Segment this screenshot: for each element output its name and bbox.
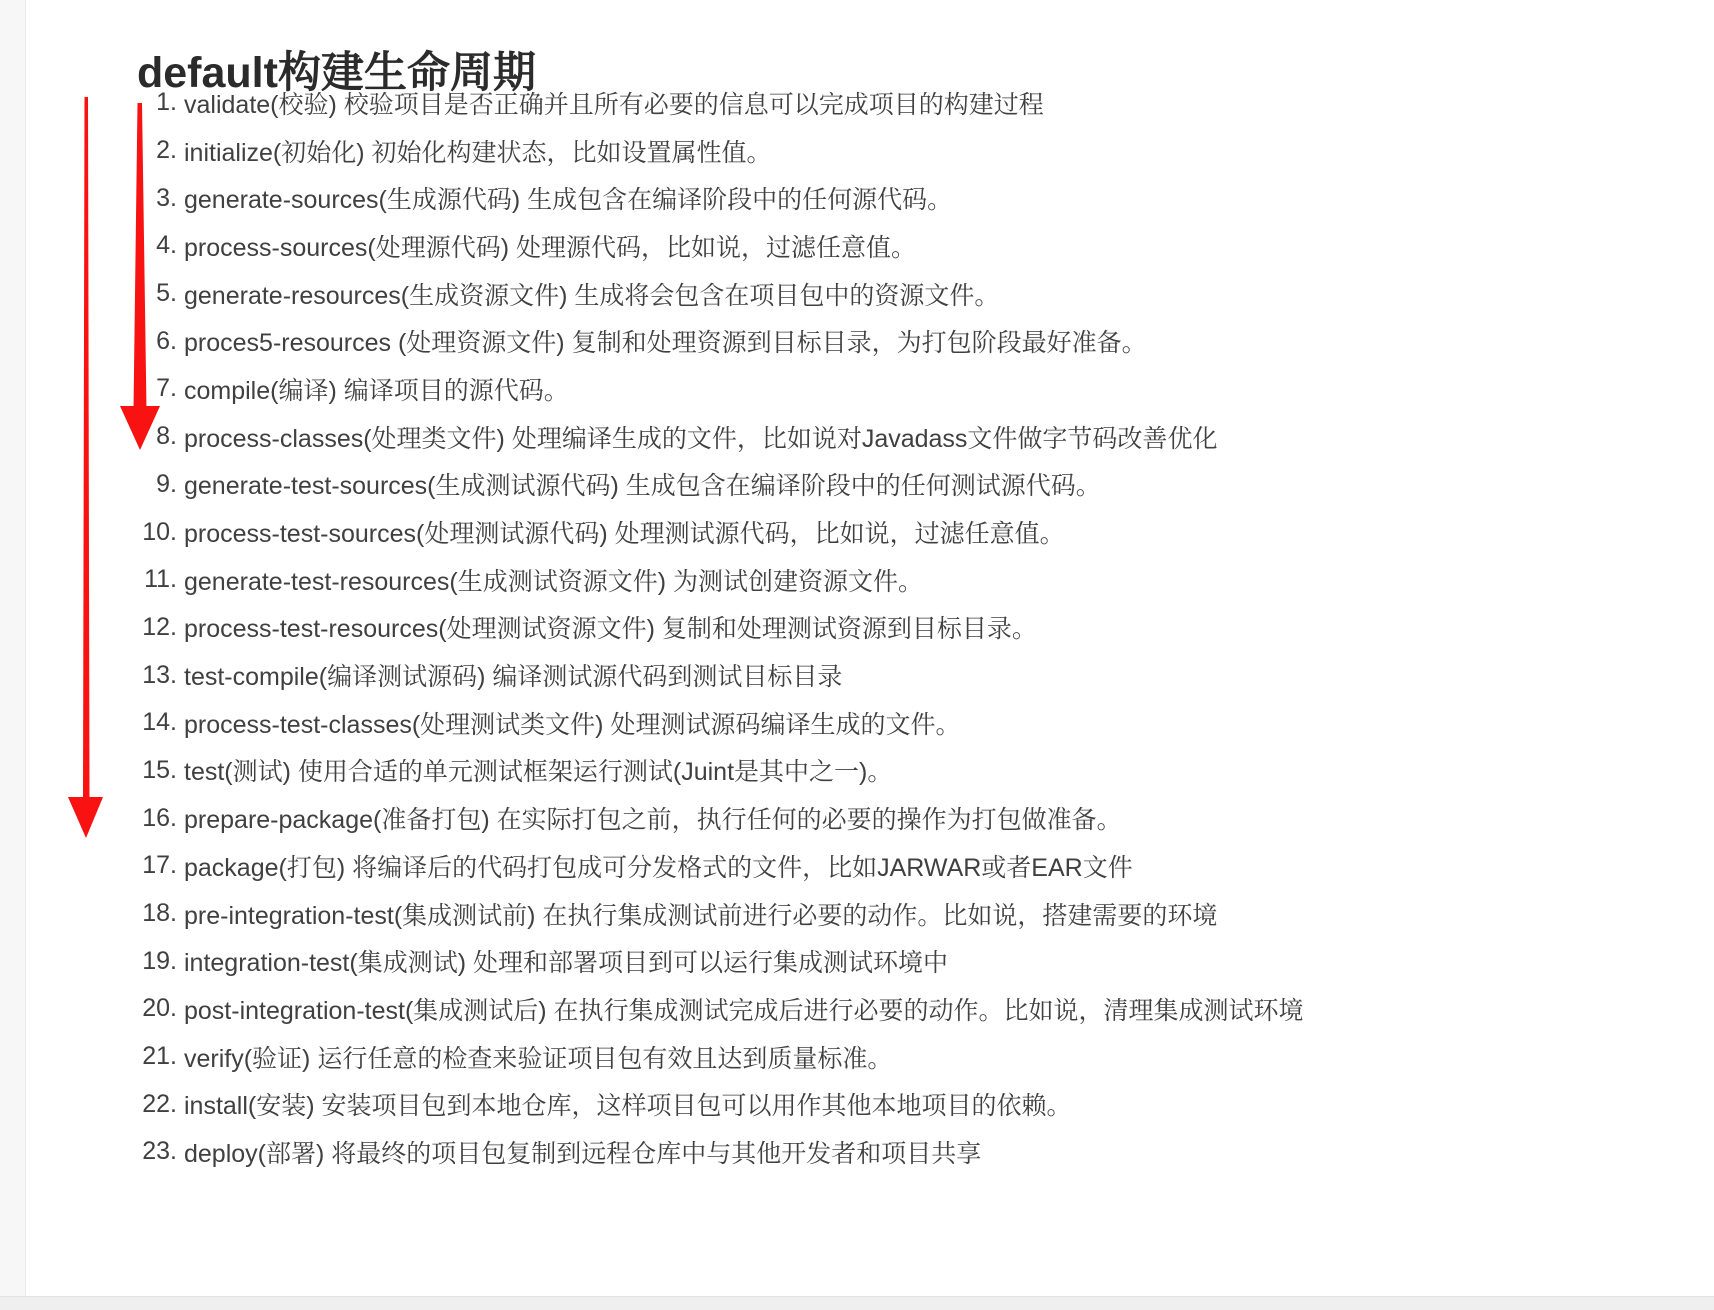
- list-item-text: process-test-resources(处理测试资源文件) 复制和处理测试…: [184, 609, 1037, 645]
- list-item-text: deploy(部署) 将最终的项目包复制到远程仓库中与其他开发者和项目共享: [184, 1134, 981, 1170]
- list-item: 7.compile(编译) 编译项目的源代码。: [26, 365, 1706, 413]
- list-item: 16.prepare-package(准备打包) 在实际打包之前，执行任何的必要…: [26, 794, 1706, 842]
- list-item-number: 18.: [26, 899, 177, 928]
- list-item-number: 3.: [26, 184, 177, 213]
- list-item-number: 5.: [26, 279, 177, 308]
- list-item-text: prepare-package(准备打包) 在实际打包之前，执行任何的必要的操作…: [184, 800, 1122, 836]
- list-item-number: 22.: [26, 1090, 177, 1119]
- document-page: default构建生命周期 1.validate(校验) 校验项目是否正确并且所…: [0, 0, 1714, 1310]
- list-item: 11.generate-test-resources(生成测试资源文件) 为测试…: [26, 556, 1706, 604]
- list-item-text: package(打包) 将编译后的代码打包成可分发格式的文件，比如JARWAR或…: [184, 848, 1133, 884]
- list-item: 12.process-test-resources(处理测试资源文件) 复制和处…: [26, 604, 1706, 652]
- list-item-text: process-test-classes(处理测试类文件) 处理测试源码编译生成…: [184, 705, 960, 741]
- list-item-number: 17.: [26, 851, 177, 880]
- list-item-text: verify(验证) 运行任意的检查来验证项目包有效且达到质量标准。: [184, 1039, 892, 1075]
- list-item-number: 4.: [26, 231, 177, 260]
- list-item: 4.process-sources(处理源代码) 处理源代码，比如说，过滤任意值…: [26, 222, 1706, 270]
- list-item-text: install(安装) 安装项目包到本地仓库，这样项目包可以用作其他本地项目的依…: [184, 1086, 1072, 1122]
- list-item-number: 2.: [26, 136, 177, 165]
- list-item-text: test-compile(编译测试源码) 编译测试源代码到测试目标目录: [184, 657, 842, 693]
- list-item-number: 14.: [26, 708, 177, 737]
- list-item-text: process-sources(处理源代码) 处理源代码，比如说，过滤任意值。: [184, 228, 916, 264]
- list-item-number: 13.: [26, 661, 177, 690]
- list-item-number: 20.: [26, 994, 177, 1023]
- list-item: 22.install(安装) 安装项目包到本地仓库，这样项目包可以用作其他本地项…: [26, 1080, 1706, 1128]
- list-item: 10.process-test-sources(处理测试源代码) 处理测试源代码…: [26, 508, 1706, 556]
- list-item: 17.package(打包) 将编译后的代码打包成可分发格式的文件，比如JARW…: [26, 842, 1706, 890]
- list-item-text: proces5-resources (处理资源文件) 复制和处理资源到目标目录，…: [184, 323, 1147, 359]
- list-item: 8.process-classes(处理类文件) 处理编译生成的文件，比如说对J…: [26, 413, 1706, 461]
- list-item-number: 8.: [26, 422, 177, 451]
- list-item-text: generate-resources(生成资源文件) 生成将会包含在项目包中的资…: [184, 276, 999, 312]
- bottom-divider: [0, 1296, 1714, 1310]
- list-item: 2.initialize(初始化) 初始化构建状态，比如设置属性值。: [26, 127, 1706, 175]
- list-item-text: generate-test-resources(生成测试资源文件) 为测试创建资…: [184, 562, 923, 598]
- lifecycle-list: 1.validate(校验) 校验项目是否正确并且所有必要的信息可以完成项目的构…: [26, 79, 1706, 1176]
- list-item-number: 23.: [26, 1137, 177, 1166]
- list-item-number: 15.: [26, 756, 177, 785]
- list-item: 13.test-compile(编译测试源码) 编译测试源代码到测试目标目录: [26, 651, 1706, 699]
- list-item: 14.process-test-classes(处理测试类文件) 处理测试源码编…: [26, 699, 1706, 747]
- list-item-number: 6.: [26, 327, 177, 356]
- list-item: 20.post-integration-test(集成测试后) 在执行集成测试完…: [26, 985, 1706, 1033]
- list-item: 19.integration-test(集成测试) 处理和部署项目到可以运行集成…: [26, 937, 1706, 985]
- list-item: 3.generate-sources(生成源代码) 生成包含在编译阶段中的任何源…: [26, 174, 1706, 222]
- list-item-text: process-test-sources(处理测试源代码) 处理测试源代码，比如…: [184, 514, 1065, 550]
- list-item: 9.generate-test-sources(生成测试源代码) 生成包含在编译…: [26, 461, 1706, 509]
- list-item: 23.deploy(部署) 将最终的项目包复制到远程仓库中与其他开发者和项目共享: [26, 1128, 1706, 1176]
- list-item: 5.generate-resources(生成资源文件) 生成将会包含在项目包中…: [26, 270, 1706, 318]
- list-item-text: test(测试) 使用合适的单元测试框架运行测试(Juint是其中之一)。: [184, 752, 892, 788]
- list-item: 21.verify(验证) 运行任意的检查来验证项目包有效且达到质量标准。: [26, 1033, 1706, 1081]
- list-item-text: generate-test-sources(生成测试源代码) 生成包含在编译阶段…: [184, 466, 1101, 502]
- list-item-number: 19.: [26, 947, 177, 976]
- list-item: 18.pre-integration-test(集成测试前) 在执行集成测试前进…: [26, 890, 1706, 938]
- list-item-number: 21.: [26, 1042, 177, 1071]
- list-item-number: 11.: [26, 565, 177, 594]
- list-item-text: pre-integration-test(集成测试前) 在执行集成测试前进行必要…: [184, 896, 1217, 932]
- list-item: 15.test(测试) 使用合适的单元测试框架运行测试(Juint是其中之一)。: [26, 747, 1706, 795]
- list-item: 1.validate(校验) 校验项目是否正确并且所有必要的信息可以完成项目的构…: [26, 79, 1706, 127]
- left-gutter: [0, 0, 26, 1297]
- list-item-text: initialize(初始化) 初始化构建状态，比如设置属性值。: [184, 133, 772, 169]
- list-item-number: 1.: [26, 88, 177, 117]
- list-item-number: 9.: [26, 470, 177, 499]
- list-item-text: validate(校验) 校验项目是否正确并且所有必要的信息可以完成项目的构建过…: [184, 85, 1044, 121]
- list-item-number: 12.: [26, 613, 177, 642]
- list-item-number: 10.: [26, 518, 177, 547]
- list-item: 6.proces5-resources (处理资源文件) 复制和处理资源到目标目…: [26, 317, 1706, 365]
- list-item-text: integration-test(集成测试) 处理和部署项目到可以运行集成测试环…: [184, 943, 948, 979]
- list-item-text: process-classes(处理类文件) 处理编译生成的文件，比如说对Jav…: [184, 419, 1217, 455]
- list-item-text: compile(编译) 编译项目的源代码。: [184, 371, 569, 407]
- list-item-number: 7.: [26, 374, 177, 403]
- list-item-text: generate-sources(生成源代码) 生成包含在编译阶段中的任何源代码…: [184, 180, 952, 216]
- list-item-number: 16.: [26, 804, 177, 833]
- list-item-text: post-integration-test(集成测试后) 在执行集成测试完成后进…: [184, 991, 1304, 1027]
